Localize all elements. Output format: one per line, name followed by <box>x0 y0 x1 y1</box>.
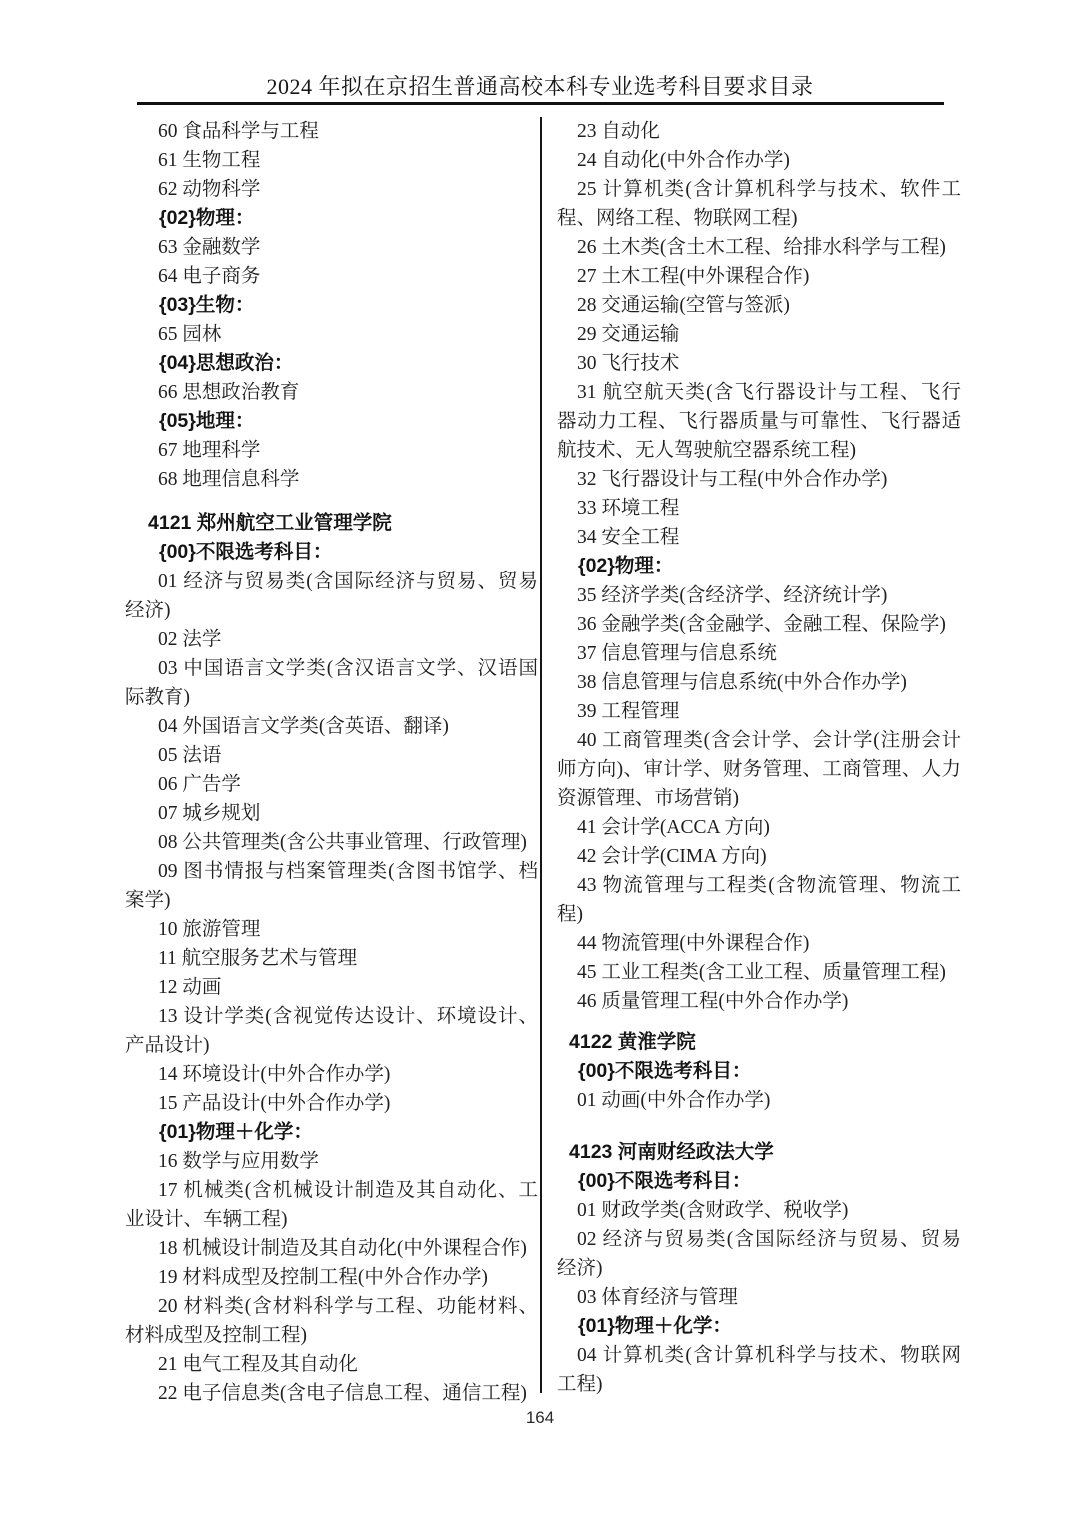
major-line: 04 外国语言文学类(含英语、翻译) <box>125 712 538 741</box>
header-rule <box>137 102 944 105</box>
subject-group-header: {00}不限选考科目： <box>557 1057 961 1086</box>
major-line: 40 工商管理类(含会计学、会计学(注册会计 <box>557 726 961 755</box>
major-line: 61 生物工程 <box>125 146 538 175</box>
major-line: 41 会计学(ACCA 方向) <box>557 813 961 842</box>
major-line: 60 食品科学与工程 <box>125 117 538 146</box>
major-line: 01 经济与贸易类(含国际经济与贸易、贸易 <box>125 567 538 596</box>
major-line-continuation: 师方向)、审计学、财务管理、工商管理、人力 <box>557 755 961 784</box>
subject-group-header: {04}思想政治： <box>125 349 538 378</box>
major-line-continuation: 工程) <box>557 1370 961 1399</box>
major-line: 31 航空航天类(含飞行器设计与工程、飞行 <box>557 378 961 407</box>
major-line-continuation: 程) <box>557 900 961 929</box>
major-line: 11 航空服务艺术与管理 <box>125 944 538 973</box>
major-line: 29 交通运输 <box>557 320 961 349</box>
school-header: 4122 黄淮学院 <box>557 1028 961 1057</box>
major-line: 01 动画(中外合作办学) <box>557 1086 961 1115</box>
major-line: 05 法语 <box>125 741 538 770</box>
major-line: 03 中国语言文学类(含汉语言文学、汉语国 <box>125 654 538 683</box>
page-title: 2024 年拟在京招生普通高校本科专业选考科目要求目录 <box>0 70 1080 101</box>
left-column: 60 食品科学与工程61 生物工程62 动物科学{02}物理：63 金融数学64… <box>125 117 538 1408</box>
major-line: 36 金融学类(含金融学、金融工程、保险学) <box>557 610 961 639</box>
major-line: 20 材料类(含材料科学与工程、功能材料、 <box>125 1292 538 1321</box>
subject-group-header: {00}不限选考科目： <box>125 538 538 567</box>
major-line: 22 电子信息类(含电子信息工程、通信工程) <box>125 1379 538 1408</box>
column-spacer <box>125 494 538 509</box>
major-line: 24 自动化(中外合作办学) <box>557 146 961 175</box>
major-line-continuation: 业设计、车辆工程) <box>125 1205 538 1234</box>
major-line: 19 材料成型及控制工程(中外合作办学) <box>125 1263 538 1292</box>
major-line: 14 环境设计(中外合作办学) <box>125 1060 538 1089</box>
major-line-continuation: 航技术、无人驾驶航空器系统工程) <box>557 436 961 465</box>
school-header: 4123 河南财经政法大学 <box>557 1138 961 1167</box>
major-line: 46 质量管理工程(中外合作办学) <box>557 987 961 1016</box>
major-line: 03 体育经济与管理 <box>557 1283 961 1312</box>
major-line: 23 自动化 <box>557 117 961 146</box>
subject-group-header: {05}地理： <box>125 407 538 436</box>
major-line: 13 设计学类(含视觉传达设计、环境设计、 <box>125 1002 538 1031</box>
column-spacer <box>557 1016 961 1028</box>
major-line: 28 交通运输(空管与签派) <box>557 291 961 320</box>
major-line: 15 产品设计(中外合作办学) <box>125 1089 538 1118</box>
major-line-continuation: 经济) <box>557 1254 961 1283</box>
major-line: 67 地理科学 <box>125 436 538 465</box>
major-line: 37 信息管理与信息系统 <box>557 639 961 668</box>
subject-group-header: {02}物理： <box>557 552 961 581</box>
subject-group-header: {00}不限选考科目： <box>557 1167 961 1196</box>
major-line: 10 旅游管理 <box>125 915 538 944</box>
major-line: 64 电子商务 <box>125 262 538 291</box>
major-line: 62 动物科学 <box>125 175 538 204</box>
major-line: 08 公共管理类(含公共事业管理、行政管理) <box>125 828 538 857</box>
major-line: 12 动画 <box>125 973 538 1002</box>
major-line-continuation: 材料成型及控制工程) <box>125 1321 538 1350</box>
major-line: 63 金融数学 <box>125 233 538 262</box>
major-line: 27 土木工程(中外课程合作) <box>557 262 961 291</box>
major-line-continuation: 经济) <box>125 596 538 625</box>
major-line: 09 图书情报与档案管理类(含图书馆学、档 <box>125 857 538 886</box>
major-line-continuation: 器动力工程、飞行器质量与可靠性、飞行器适 <box>557 407 961 436</box>
major-line: 45 工业工程类(含工业工程、质量管理工程) <box>557 958 961 987</box>
major-line-continuation: 产品设计) <box>125 1031 538 1060</box>
major-line: 32 飞行器设计与工程(中外合作办学) <box>557 465 961 494</box>
major-line: 35 经济学类(含经济学、经济统计学) <box>557 581 961 610</box>
major-line: 30 飞行技术 <box>557 349 961 378</box>
major-line: 18 机械设计制造及其自动化(中外课程合作) <box>125 1234 538 1263</box>
major-line: 33 环境工程 <box>557 494 961 523</box>
major-line: 68 地理信息科学 <box>125 465 538 494</box>
major-line: 66 思想政治教育 <box>125 378 538 407</box>
major-line-continuation: 案学) <box>125 886 538 915</box>
major-line: 42 会计学(CIMA 方向) <box>557 842 961 871</box>
major-line: 43 物流管理与工程类(含物流管理、物流工 <box>557 871 961 900</box>
right-column: 23 自动化24 自动化(中外合作办学)25 计算机类(含计算机科学与技术、软件… <box>557 117 961 1399</box>
major-line: 02 法学 <box>125 625 538 654</box>
subject-group-header: {01}物理＋化学： <box>125 1118 538 1147</box>
major-line: 04 计算机类(含计算机科学与技术、物联网 <box>557 1341 961 1370</box>
major-line: 34 安全工程 <box>557 523 961 552</box>
subject-group-header: {03}生物： <box>125 291 538 320</box>
major-line: 16 数学与应用数学 <box>125 1147 538 1176</box>
page-number: 164 <box>0 1408 1080 1428</box>
major-line: 02 经济与贸易类(含国际经济与贸易、贸易 <box>557 1225 961 1254</box>
column-divider <box>540 117 542 1393</box>
school-header: 4121 郑州航空工业管理学院 <box>125 509 538 538</box>
column-spacer <box>557 1115 961 1138</box>
major-line: 21 电气工程及其自动化 <box>125 1350 538 1379</box>
major-line-continuation: 程、网络工程、物联网工程) <box>557 204 961 233</box>
major-line: 38 信息管理与信息系统(中外合作办学) <box>557 668 961 697</box>
major-line-continuation: 际教育) <box>125 683 538 712</box>
document-page: 2024 年拟在京招生普通高校本科专业选考科目要求目录 60 食品科学与工程61… <box>0 0 1080 1527</box>
subject-group-header: {02}物理： <box>125 204 538 233</box>
major-line: 44 物流管理(中外课程合作) <box>557 929 961 958</box>
major-line-continuation: 资源管理、市场营销) <box>557 784 961 813</box>
subject-group-header: {01}物理＋化学： <box>557 1312 961 1341</box>
major-line: 26 土木类(含土木工程、给排水科学与工程) <box>557 233 961 262</box>
major-line: 06 广告学 <box>125 770 538 799</box>
major-line: 07 城乡规划 <box>125 799 538 828</box>
major-line: 25 计算机类(含计算机科学与技术、软件工 <box>557 175 961 204</box>
major-line: 17 机械类(含机械设计制造及其自动化、工 <box>125 1176 538 1205</box>
major-line: 65 园林 <box>125 320 538 349</box>
major-line: 01 财政学类(含财政学、税收学) <box>557 1196 961 1225</box>
major-line: 39 工程管理 <box>557 697 961 726</box>
